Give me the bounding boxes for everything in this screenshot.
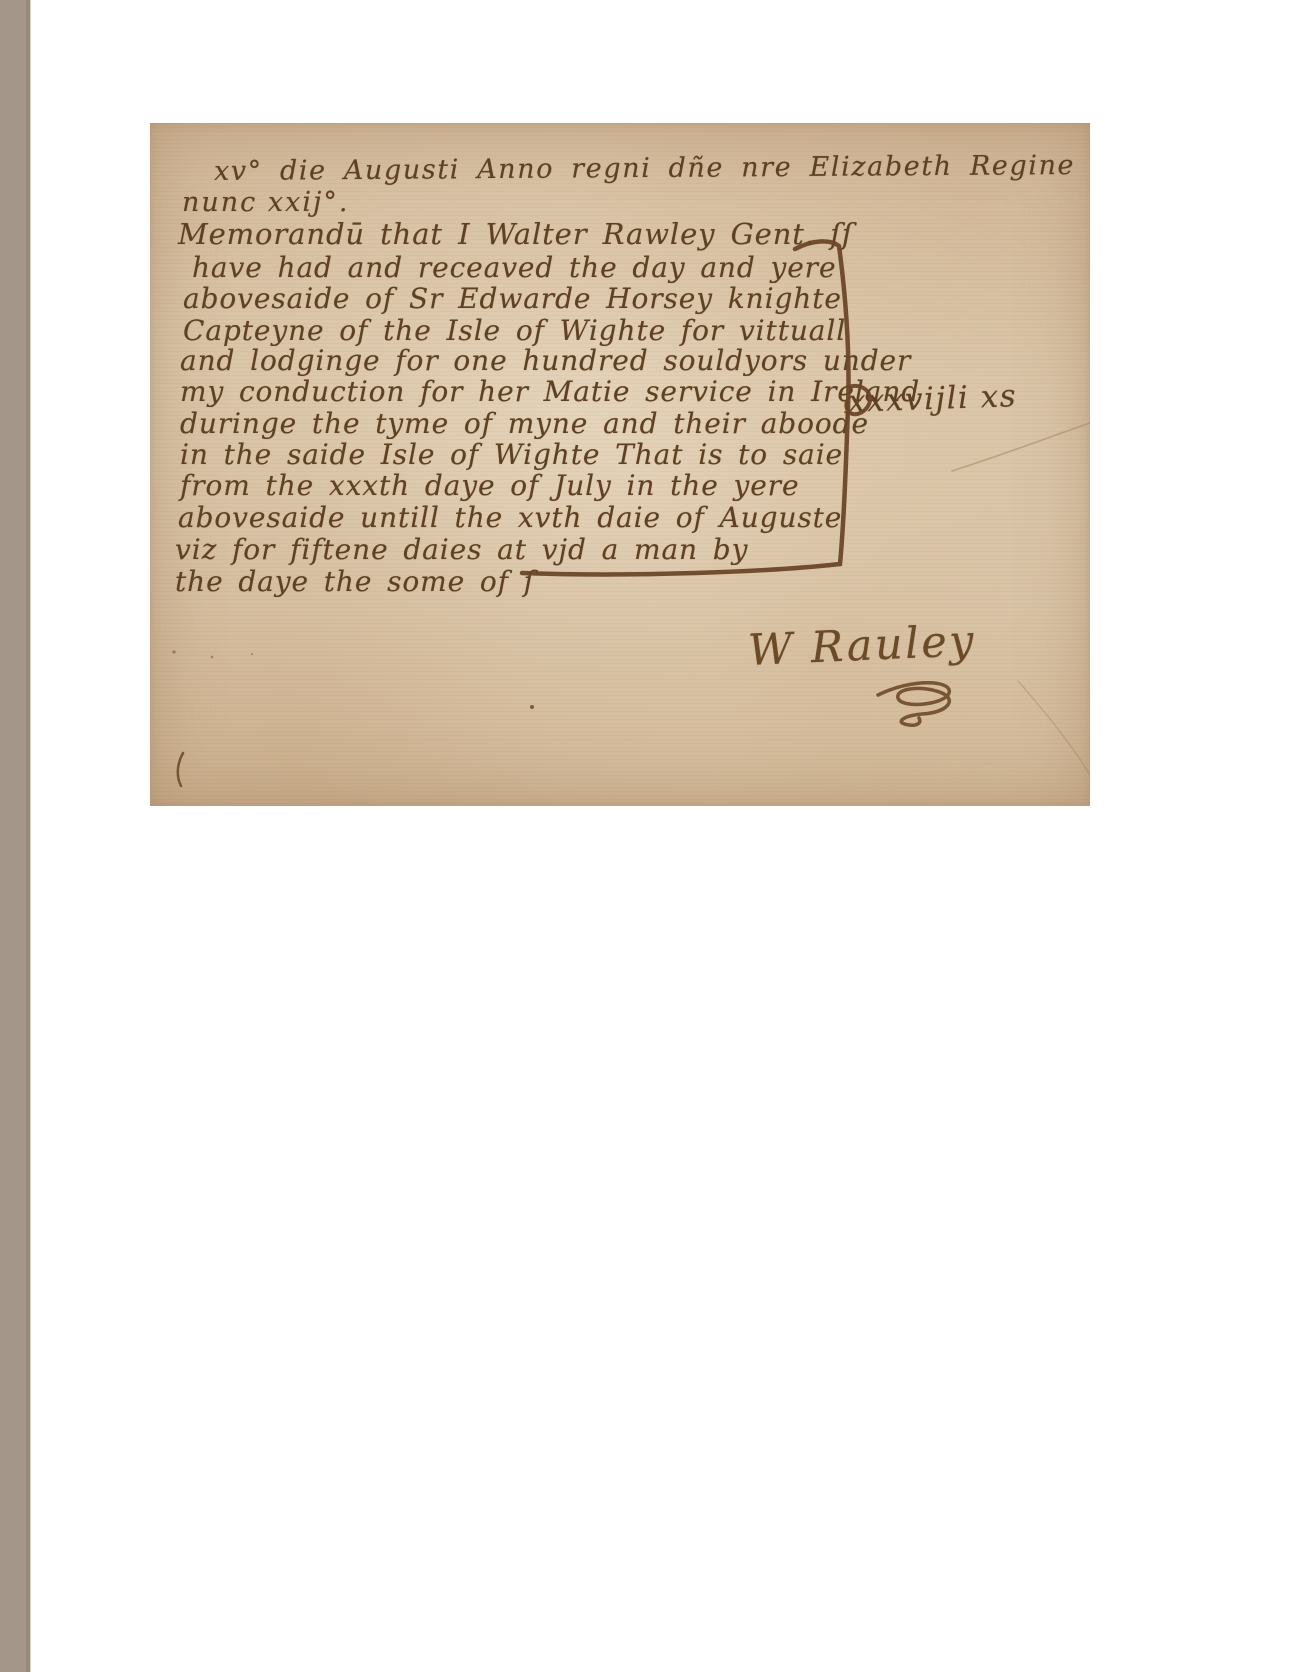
sum-amount: xxxvijli xs xyxy=(847,378,1017,420)
manuscript-line: Memorandū that I Walter Rawley Gent. ſſ xyxy=(178,217,853,251)
manuscript-line: duringe the tyme of myne and their abood… xyxy=(180,407,869,440)
ink-speck xyxy=(211,656,214,659)
manuscript-line: and lodginge for one hundred souldyors u… xyxy=(180,344,911,377)
manuscript-line: the daye the some of ſ xyxy=(175,565,535,598)
manuscript-line: abovesaide of Sr Edwarde Horsey knighte xyxy=(183,282,842,315)
heading-line-1: xv° die Augusti Anno regni dñe nre Eliza… xyxy=(214,150,1075,187)
left-margin-bar xyxy=(0,0,31,1672)
manuscript-line: from the xxxth daye of July in the yere xyxy=(180,469,799,502)
signature-paraph-flourish xyxy=(878,683,949,725)
signature: W Rauley xyxy=(747,616,977,676)
parchment-crease xyxy=(952,423,1090,471)
manuscript-line: my conduction for her Matie service in I… xyxy=(180,375,920,408)
parchment-crease xyxy=(1018,681,1090,775)
manuscript-line: viz for fiftene daies at vjd a man by xyxy=(175,533,748,566)
heading-line-2: nunc xxij°. xyxy=(182,187,349,218)
manuscript-line: abovesaide untill the xvth daie of Augus… xyxy=(178,501,842,534)
manuscript-photo: xv° die Augusti Anno regni dñe nre Eliza… xyxy=(150,123,1090,806)
manuscript-line: Capteyne of the Isle of Wighte for vittu… xyxy=(183,314,846,347)
ink-speck xyxy=(251,653,253,655)
ink-speck xyxy=(172,650,175,653)
pen-mark xyxy=(178,753,183,786)
catalog-page: { "colors": { "page_background": "#fffff… xyxy=(0,0,1301,1672)
manuscript-line: have had and receaved the day and yere xyxy=(192,251,836,284)
manuscript-line: in the saide Isle of Wighte That is to s… xyxy=(180,438,843,471)
ink-speck xyxy=(530,705,534,709)
